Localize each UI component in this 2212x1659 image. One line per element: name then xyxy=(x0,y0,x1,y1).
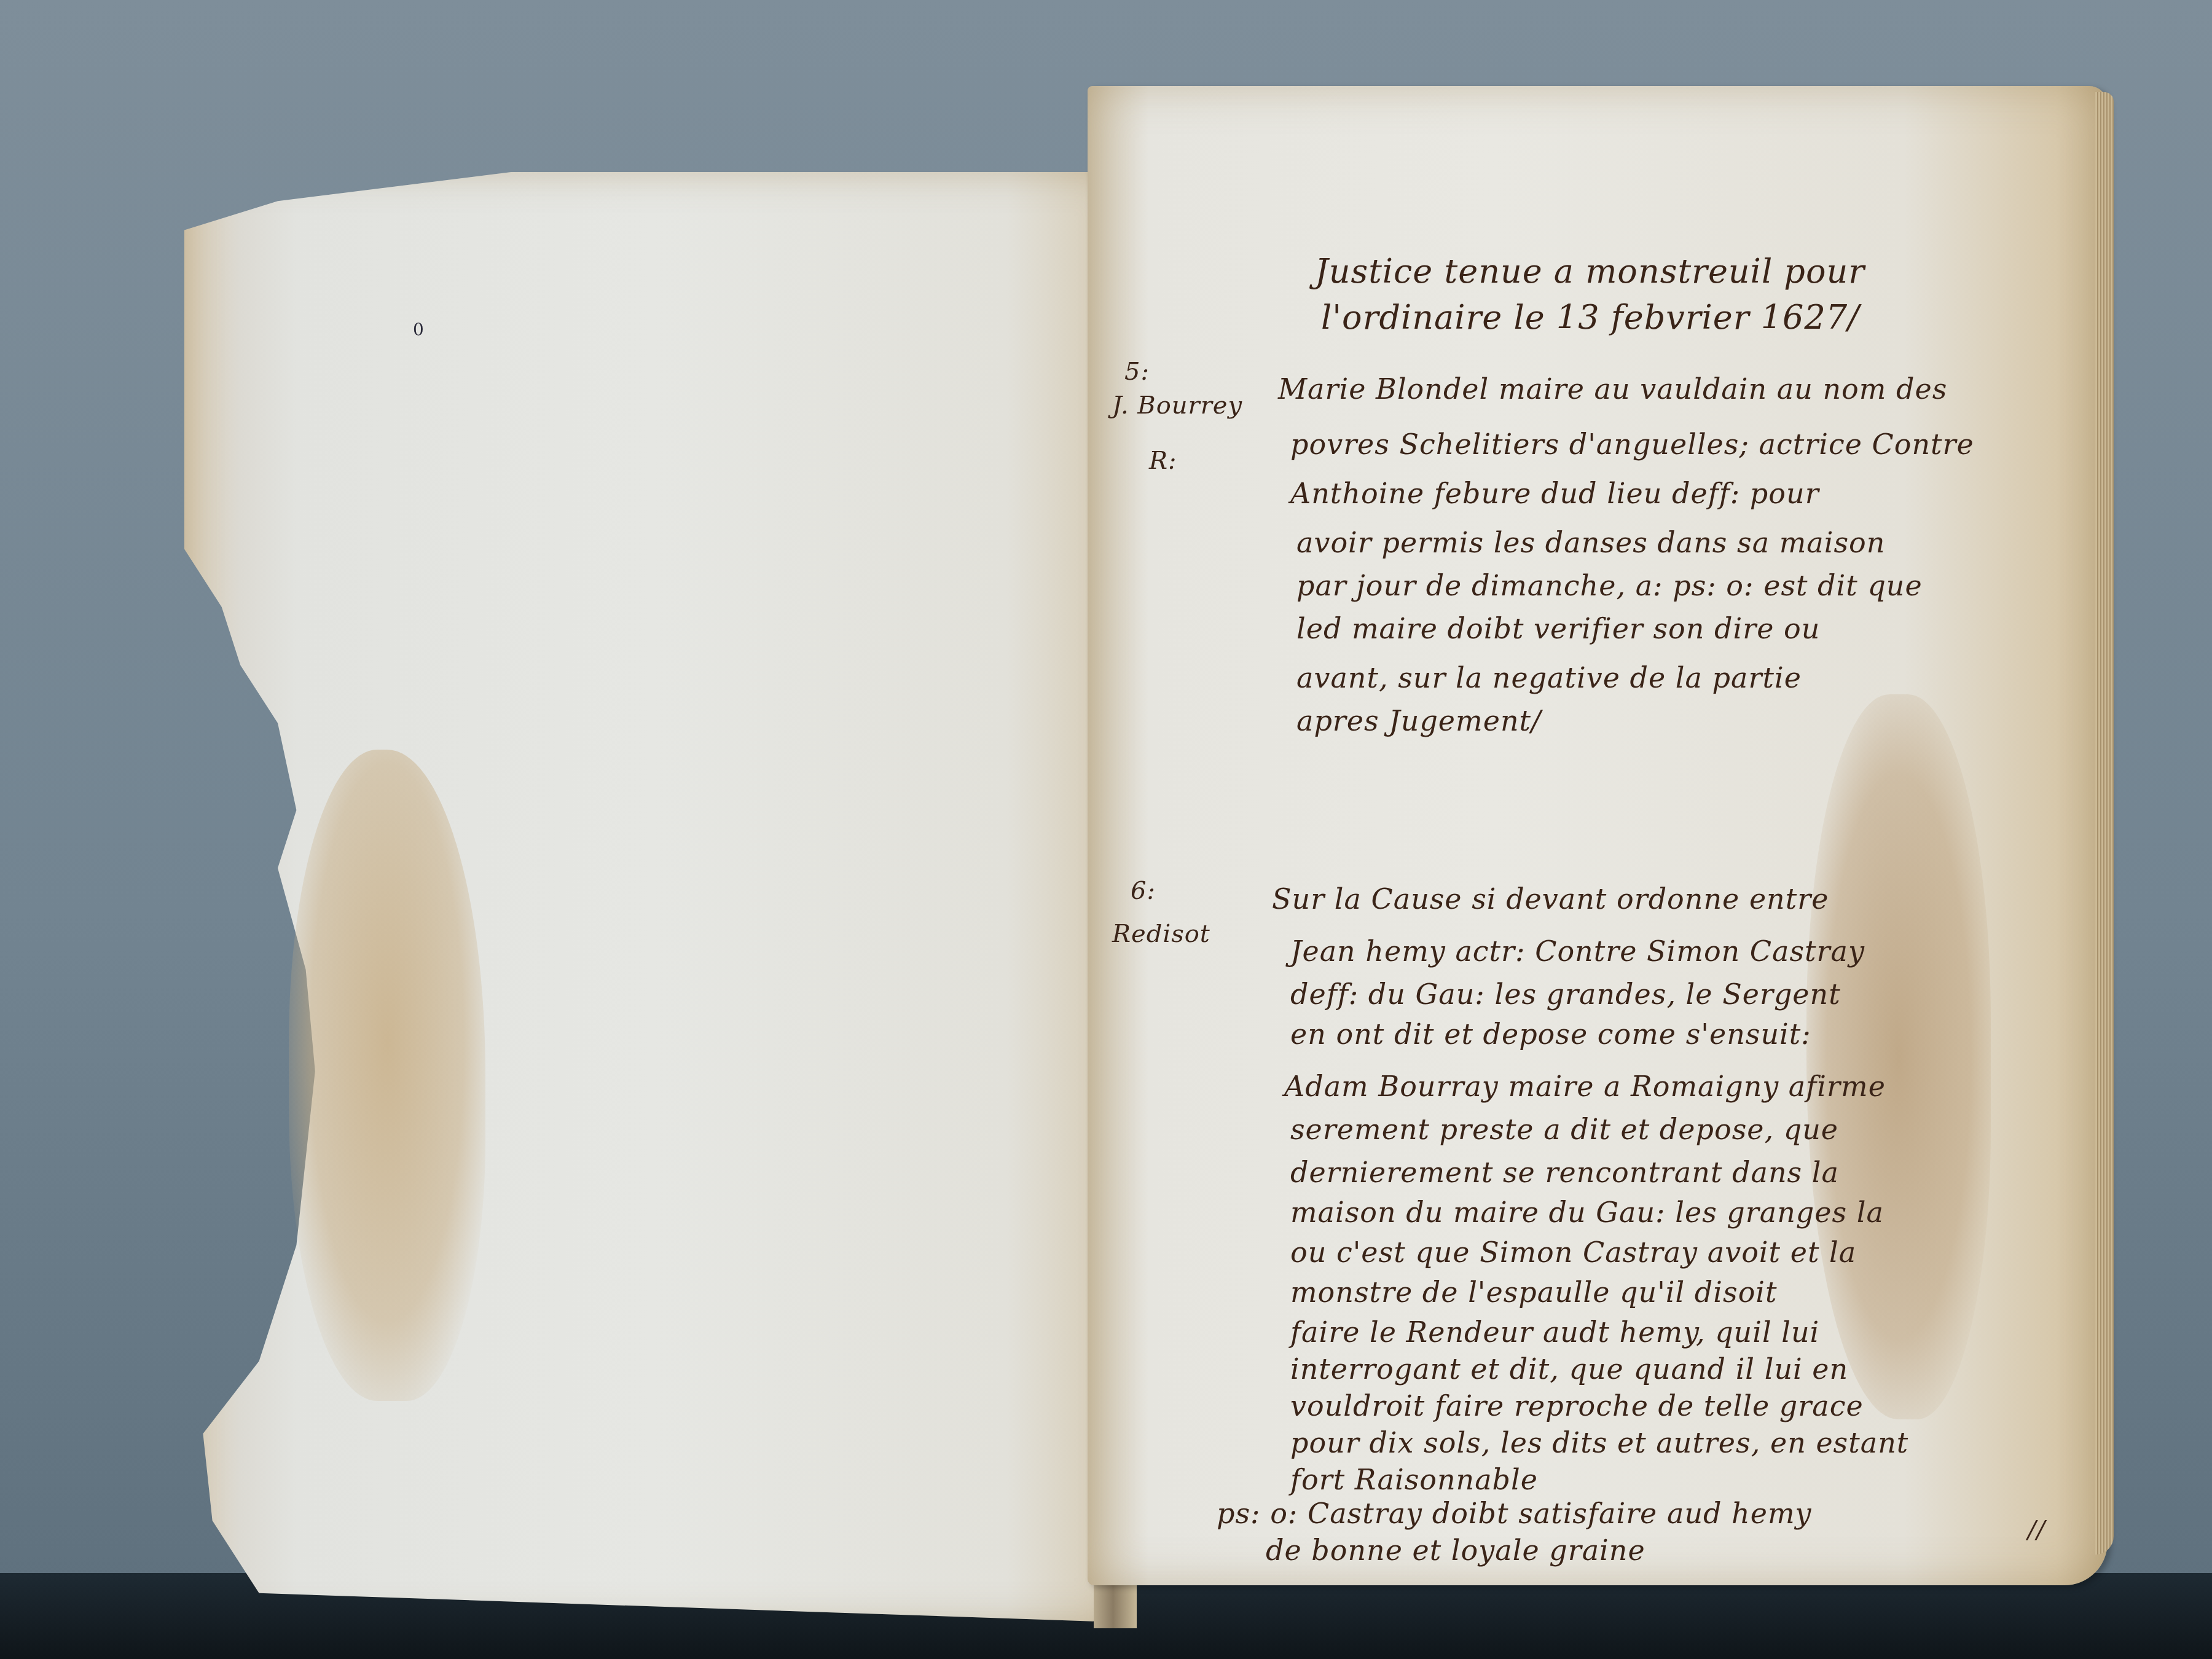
entry-1-line: Anthoine febure dud lieu deff: pour xyxy=(1290,479,1819,508)
page-mark: // xyxy=(2028,1518,2045,1542)
left-page-ink-mark: 0 xyxy=(413,320,424,340)
entry-1-line: apres Jugement/ xyxy=(1296,707,1542,735)
entry-1-line: Marie Blondel maire au vauldain au nom d… xyxy=(1278,375,1947,403)
entry-1-number: 5: xyxy=(1124,359,1150,384)
entry-2-line: faire le Rendeur audt hemy, quil lui xyxy=(1290,1318,1819,1346)
entry-2-line: fort Raisonnable xyxy=(1290,1465,1538,1494)
entry-2-line: pour dix sols, les dits et autres, en es… xyxy=(1290,1429,1908,1457)
entry-1-line: avant, sur la negative de la partie xyxy=(1296,664,1802,692)
entry-1-line: led maire doibt verifier son dire ou xyxy=(1296,614,1820,643)
entry-2-line: serement preste a dit et depose, que xyxy=(1290,1115,1838,1143)
entry-2-line: de bonne et loyale graine xyxy=(1266,1536,1645,1564)
entry-2-line: maison du maire du Gau: les granges la xyxy=(1290,1198,1884,1226)
entry-2-line: en ont dit et depose come s'ensuit: xyxy=(1290,1020,1811,1048)
left-page-water-stain xyxy=(289,750,485,1401)
entry-1-margin-name: J. Bourrey xyxy=(1112,393,1242,418)
entry-2-line: Adam Bourray maire a Romaigny afirme xyxy=(1284,1072,1886,1100)
entry-2-line: vouldroit faire reproche de telle grace xyxy=(1290,1392,1864,1420)
entry-1-line: avoir permis les danses dans sa maison xyxy=(1296,528,1885,557)
entry-2-line: dernierement se rencontrant dans la xyxy=(1290,1158,1839,1186)
entry-1-line: povres Schelitiers d'anguelles; actrice … xyxy=(1290,430,1974,458)
entry-1-line: par jour de dimanche, a: ps: o: est dit … xyxy=(1296,571,1923,600)
entry-2-line: Jean hemy actr: Contre Simon Castray xyxy=(1290,937,1865,965)
heading-line-1: Justice tenue a monstreuil pour xyxy=(1315,255,1865,288)
entry-2-line: ou c'est que Simon Castray avoit et la xyxy=(1290,1238,1856,1266)
entry-2-line: monstre de l'espaulle qu'il disoit xyxy=(1290,1278,1778,1306)
page-edges xyxy=(2095,92,2114,1555)
entry-2-number: 6: xyxy=(1131,879,1156,903)
entry-2-line: Sur la Cause si devant ordonne entre xyxy=(1272,885,1829,913)
entry-2-margin-name: Redisot xyxy=(1112,922,1210,946)
entry-1-margin-r: R: xyxy=(1149,449,1177,473)
right-page-water-stain xyxy=(1806,694,1991,1419)
heading-line-2: l'ordinaire le 13 febvrier 1627/ xyxy=(1321,301,1859,334)
entry-2-line: ps: o: Castray doibt satisfaire aud hemy xyxy=(1217,1499,1812,1528)
entry-2-line: interrogant et dit, que quand il lui en xyxy=(1290,1355,1848,1383)
entry-2-line: deff: du Gau: les grandes, le Sergent xyxy=(1290,980,1841,1008)
